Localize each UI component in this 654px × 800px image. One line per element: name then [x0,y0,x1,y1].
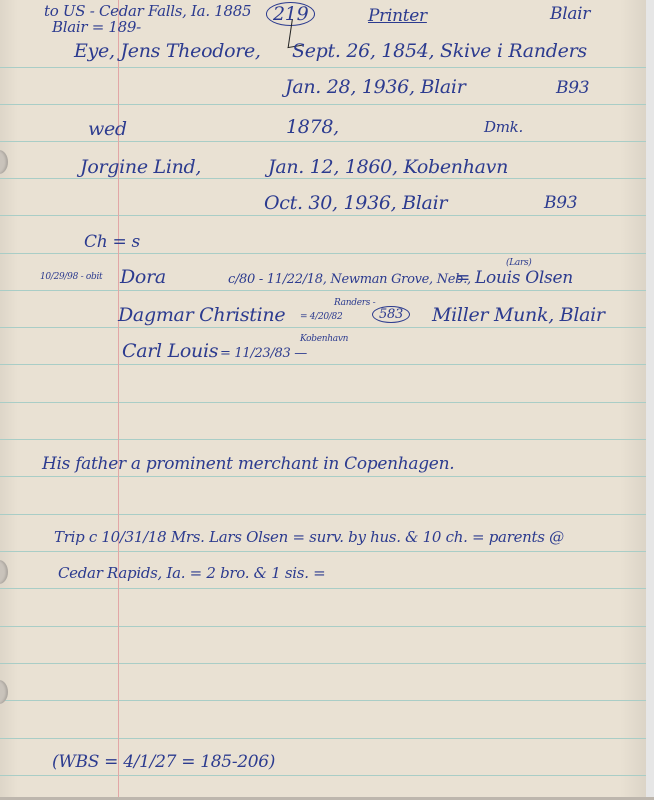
header-location: Blair [550,4,590,24]
child-ref-number: 583 [372,306,410,323]
child-spouse: = Louis Olsen [456,268,573,288]
husband-death-ref: B93 [556,78,589,98]
husband-birth: Sept. 26, 1854, Skive i Randers [292,40,587,62]
child-dates: c/80 - 11/22/18, Newman Grove, Neb., [228,272,471,287]
rule-line [0,439,646,440]
marriage-year: 1878, [286,116,339,138]
footer-reference: (WBS = 4/1/27 = 185-206) [52,752,275,772]
child-dates: = 11/23/83 — [220,346,307,361]
rule-line [0,253,646,254]
child-spouse: Miller Munk, Blair [432,304,605,326]
marriage-label: wed [88,118,127,140]
rule-line [0,141,646,142]
children-label: Ch = s [84,232,140,252]
trip-note-line-2: Cedar Rapids, Ia. = 2 bro. & 1 sis. = [58,564,325,582]
occupation: Printer [368,6,427,26]
child-margin-note: 10/29/98 - obit [40,272,102,282]
child-place-note: Kobenhavn [300,334,348,344]
scan-background-right [646,0,654,800]
rule-line [0,700,646,701]
rule-line [0,364,646,365]
child-dates: = 4/20/82 [300,312,342,322]
rule-line [0,626,646,627]
binder-hole [0,150,8,174]
rule-line [0,663,646,664]
child-place-note: Randers - [334,298,375,308]
rule-line [0,738,646,739]
husband-name: Eye, Jens Theodore, [74,40,261,62]
rule-line [0,551,646,552]
trip-note-line-1: Trip c 10/31/18 Mrs. Lars Olsen = surv. … [54,528,564,546]
rule-line [0,215,646,216]
wife-name: Jorgine Lind, [80,156,201,178]
child-spouse-note: (Lars) [506,258,532,268]
rule-line [0,178,646,179]
notebook-page: to US - Cedar Falls, Ia. 1885 Blair = 18… [0,0,646,797]
child-name: Dagmar Christine [118,304,285,326]
rule-line [0,290,646,291]
rule-line [0,588,646,589]
child-name: Carl Louis [122,340,218,362]
wife-death: Oct. 30, 1936, Blair [264,192,447,214]
wife-death-ref: B93 [544,193,577,213]
marriage-place: Dmk. [484,118,523,136]
rule-line [0,104,646,105]
blair-note: Blair = 189- [52,18,141,36]
rule-line [0,476,646,477]
wife-birth: Jan. 12, 1860, Kobenhavn [268,156,508,178]
husband-death: Jan. 28, 1936, Blair [285,76,465,98]
rule-line [0,775,646,776]
father-note: His father a prominent merchant in Copen… [42,454,454,474]
rule-line [0,327,646,328]
rule-line [0,402,646,403]
rule-line [0,514,646,515]
binder-hole [0,560,8,584]
rule-line [0,67,646,68]
child-name: Dora [120,266,166,288]
